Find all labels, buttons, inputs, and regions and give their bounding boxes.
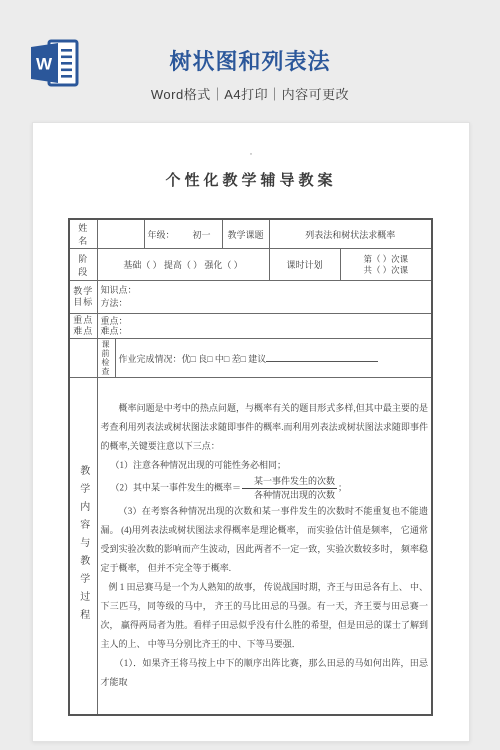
probability-fraction: 某一事件发生的次数各种情况出现的次数 — [242, 475, 337, 502]
stage-label: 阶 段 — [69, 249, 97, 281]
lesson-plan-table: 姓 名 年级：初一 教学课题 列表法和树状法求概率 阶 段 基础（ ） 提高（ … — [68, 218, 433, 716]
lesson-content-cell: 概率问题是中考中的热点问题，与概率有关的题目形式多样,但其中最主要的是考查利用列… — [97, 378, 432, 715]
paragraph-point1: （1）注意各种情况出现的可能性务必相同； — [101, 456, 429, 475]
preview-header: W 树状图和列表法 Word格式｜A4打印｜内容可更改 — [0, 0, 500, 122]
goals-label: 教学 目标 — [69, 281, 97, 314]
paragraph-example1-q1: （1）．如果齐王将马按上中下的顺序出阵比赛，那么田忌的马如何出阵，田忌才能取 — [101, 654, 429, 692]
svg-text:W: W — [36, 55, 53, 74]
table-row-stage: 阶 段 基础（ ） 提高（ ） 强化（ ） 课时计划 第（ ）次课 共（ ）次课 — [69, 249, 432, 281]
homework-check-cell: 作业完成情况：优□ 良□ 中□ 差□ 建议 — [115, 339, 432, 378]
document-page: · 个性化教学辅导教案 姓 名 年级：初一 教学课题 列表法和树状法求概率 阶 … — [32, 122, 470, 742]
paragraph-example1: 例 1 田忌赛马是一个为人熟知的故事， 传说战国时期，齐王与田忌各有上、 中、下… — [101, 578, 429, 654]
fraction-denominator: 各种情况出现的次数 — [242, 489, 337, 502]
process-vertical-label: 教学内容与教学过程 — [76, 465, 91, 627]
table-row-goals: 教学 目标 知识点： 方法： — [69, 281, 432, 314]
fraction-numerator: 某一事件发生的次数 — [242, 475, 337, 489]
paragraph-point2: （2）其中某一事件发生的概率＝某一事件发生的次数各种情况出现的次数； — [101, 475, 429, 502]
name-label: 姓 名 — [69, 219, 97, 249]
fill-in-blank-line — [266, 353, 378, 362]
precheck-empty-cell — [69, 339, 97, 378]
name-value-cell — [97, 219, 144, 249]
homework-check-text: 作业完成情况：优□ 良□ 中□ 差□ 建议 — [119, 354, 267, 364]
paragraph-intro: 概率问题是中考中的热点问题，与概率有关的题目形式多样,但其中最主要的是考查利用列… — [101, 399, 429, 456]
keypoints-label: 重点 难点 — [69, 314, 97, 339]
plan-label: 课时计划 — [269, 249, 340, 281]
fraction-suffix: ； — [338, 483, 347, 493]
process-vertical-label-cell: 教学内容与教学过程 — [69, 378, 97, 715]
grade-cell: 年级：初一 — [144, 219, 222, 249]
precheck-label: 课前 检查 — [97, 339, 115, 378]
subject-label: 教学课题 — [222, 219, 269, 249]
grade-value: 初一 — [193, 228, 211, 241]
plan-value: 第（ ）次课 共（ ）次课 — [340, 249, 432, 281]
table-row-keypoints: 重点 难点 重点： 难点： — [69, 314, 432, 339]
document-title: 个性化教学辅导教案 — [33, 169, 469, 190]
table-row-name: 姓 名 年级：初一 教学课题 列表法和树状法求概率 — [69, 219, 432, 249]
table-row-content: 教学内容与教学过程 概率问题是中考中的热点问题，与概率有关的题目形式多样,但其中… — [69, 378, 432, 715]
fraction-prefix: （2）其中某一事件发生的概率＝ — [111, 483, 242, 493]
corner-mark: · — [33, 149, 469, 159]
stage-options: 基础（ ） 提高（ ） 强化（ ） — [97, 249, 269, 281]
paragraph-point3-4: （3）在考察各种情况出现的次数和某一事件发生的次数时不能重复也不能遗漏。 (4)… — [101, 502, 429, 578]
grade-label: 年级： — [148, 228, 175, 241]
word-logo-icon: W — [28, 38, 80, 88]
keypoints-content: 重点： 难点： — [97, 314, 432, 339]
goals-content: 知识点： 方法： — [97, 281, 432, 314]
subject-value: 列表法和树状法求概率 — [269, 219, 432, 249]
table-row-precheck: 课前 检查 作业完成情况：优□ 良□ 中□ 差□ 建议 — [69, 339, 432, 378]
